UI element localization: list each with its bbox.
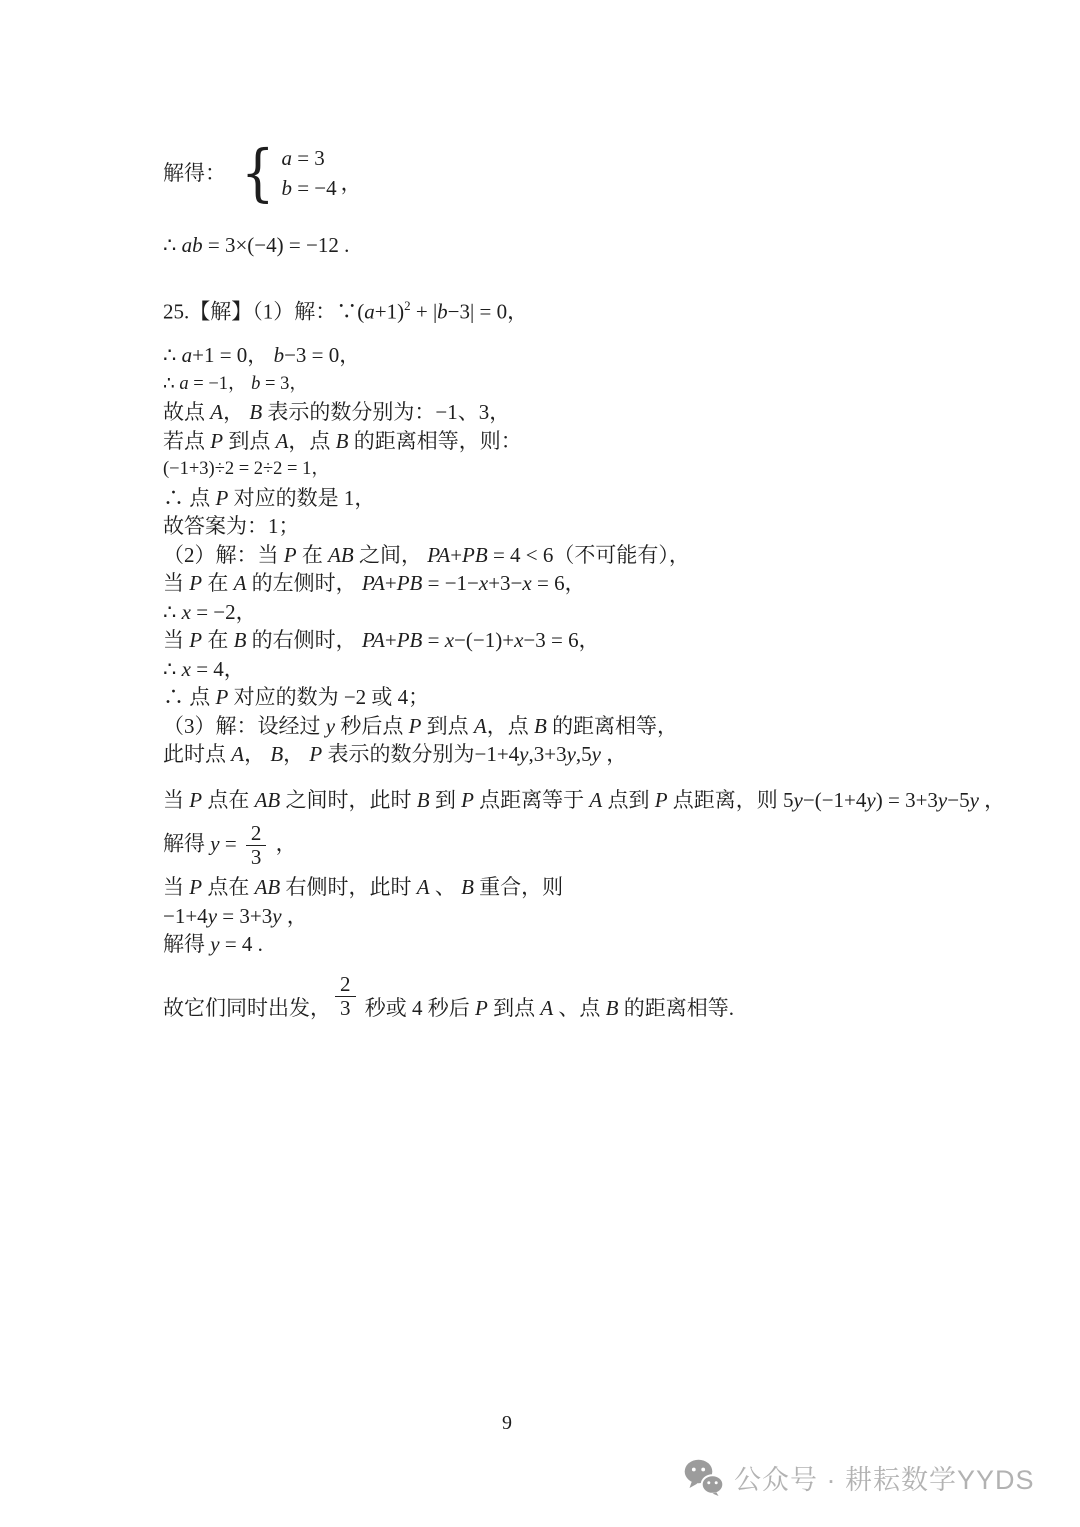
- text-segment: 此时点: [163, 742, 231, 766]
- text-segment: x: [445, 628, 454, 652]
- text-segment: 5: [783, 788, 794, 812]
- text-segment: −2: [344, 685, 372, 709]
- fraction: 23: [246, 822, 267, 869]
- text-segment: AB: [328, 543, 354, 567]
- text-segment: a: [364, 299, 375, 323]
- solution-line: 故点 A， B 表示的数分别为：−1、3，: [163, 398, 1063, 427]
- text-segment: ，: [601, 742, 627, 766]
- text-segment: + |: [411, 299, 438, 323]
- equation-system: 解得：{a = 3b = −4，: [163, 141, 1063, 205]
- text-segment: 右侧时，此时: [280, 875, 417, 899]
- text-segment: ，: [270, 832, 296, 856]
- text-segment: = 3，: [260, 374, 307, 394]
- text-segment: 的右侧时，: [246, 628, 362, 652]
- text-segment: 重合，则: [474, 875, 563, 899]
- text-segment: A: [540, 996, 553, 1020]
- text-segment: ，点: [487, 714, 534, 738]
- text-segment: −3 = 0，: [284, 343, 360, 367]
- text-segment: +3−: [488, 571, 522, 595]
- text-segment: −(−1+4: [803, 788, 867, 812]
- text-segment: P: [210, 429, 223, 453]
- solution-line: 故答案为：1；: [163, 512, 1063, 541]
- text-segment: 解得: [163, 832, 210, 856]
- text-segment: x: [182, 600, 191, 624]
- text-segment: a: [281, 146, 292, 170]
- text-segment: y: [272, 904, 281, 928]
- text-segment: P: [189, 875, 202, 899]
- text-segment: 的距离相等，则：: [348, 429, 521, 453]
- text-segment: P: [189, 571, 202, 595]
- text-segment: 到点: [421, 714, 474, 738]
- text-segment: P: [655, 788, 668, 812]
- solution-line: 若点 P 到点 A，点 B 的距离相等，则：: [163, 427, 1063, 456]
- text-segment: 的距离相等，: [547, 714, 678, 738]
- text-segment: (−1+3)÷2 = 2÷2 = 1，: [163, 459, 330, 479]
- text-segment: y: [794, 788, 803, 812]
- text-segment: +1 = 0，: [192, 343, 273, 367]
- text-segment: = 3: [292, 146, 325, 170]
- text-segment: A: [474, 714, 487, 738]
- text-segment: y: [866, 788, 875, 812]
- text-segment: P: [189, 788, 202, 812]
- text-segment: ，: [244, 742, 270, 766]
- text-segment: 4: [412, 996, 423, 1020]
- text-segment: x: [479, 571, 488, 595]
- text-segment: 4；: [398, 685, 430, 709]
- text-segment: PB: [397, 571, 423, 595]
- text-segment: +: [385, 571, 397, 595]
- solution-line: ∴ 点 P 对应的数是 1，: [163, 484, 1063, 513]
- text-segment: ，: [282, 904, 308, 928]
- text-segment: x: [182, 657, 191, 681]
- text-segment: 故答案为：1；: [163, 514, 300, 538]
- text-segment: A: [276, 429, 289, 453]
- text-segment: 在: [202, 628, 234, 652]
- text-segment: 秒或: [360, 996, 413, 1020]
- text-segment: −3 = 6，: [523, 628, 599, 652]
- solution-line: ∴ a+1 = 0， b−3 = 0，: [163, 341, 1063, 370]
- text-segment: = −1−: [422, 571, 479, 595]
- solution-line: 解得 y = 4 .: [163, 930, 1063, 959]
- text-segment: 、: [430, 875, 462, 899]
- solution-line: （3）解：设经过 y 秒后点 P 到点 A，点 B 的距离相等，: [163, 712, 1063, 741]
- text-segment: = 4，: [191, 657, 245, 681]
- page-number: 9: [0, 1412, 1014, 1435]
- solution-line: ∴ 点 P 对应的数为 −2 或 4；: [163, 683, 1063, 712]
- text-segment: A: [234, 571, 247, 595]
- text-segment: P: [216, 685, 229, 709]
- text-segment: 在: [202, 571, 234, 595]
- text-segment: AB: [255, 875, 281, 899]
- text-segment: ∴: [163, 374, 179, 394]
- text-segment: 秒后: [423, 996, 476, 1020]
- solution-line: 此时点 A， B， P 表示的数分别为−1+4y,3+3y,5y ，: [163, 740, 1063, 769]
- text-segment: ∴: [163, 685, 189, 709]
- text-segment: B: [270, 742, 283, 766]
- text-segment: B: [336, 429, 349, 453]
- text-segment: 的左侧时，: [246, 571, 362, 595]
- text-segment: PA: [362, 628, 385, 652]
- text-segment: P: [461, 788, 474, 812]
- text-segment: B: [417, 788, 430, 812]
- text-segment: =: [422, 628, 444, 652]
- text-segment: 的距离相等.: [618, 996, 734, 1020]
- text-segment: 之间时，此时: [280, 788, 417, 812]
- solution-line: −1+4y = 3+3y ，: [163, 902, 1063, 931]
- text-segment: +1): [375, 299, 404, 323]
- text-segment: a: [179, 374, 188, 394]
- text-segment: −3| = 0，: [448, 299, 528, 323]
- solution-line: 当 P 在 B 的右侧时， PA+PB = x−(−1)+x−3 = 6，: [163, 626, 1063, 655]
- text-segment: ∴: [163, 343, 182, 367]
- text-segment: = 4 .: [220, 932, 263, 956]
- text-segment: −1+4: [474, 742, 519, 766]
- text-segment: 当: [163, 571, 189, 595]
- watermark-text: 公众号 · 耕耘数学YYDS: [734, 1458, 1035, 1497]
- document-page: 解得：{a = 3b = −4，∴ ab = 3×(−4) = −12 .25.…: [0, 0, 1080, 1527]
- solution-line: 故它们同时出发，23 秒或 4 秒后 P 到点 A 、点 B 的距离相等.: [163, 973, 1063, 1023]
- text-segment: 点距离，则: [668, 788, 784, 812]
- text-segment: A: [210, 400, 223, 424]
- text-segment: = 6，: [532, 571, 586, 595]
- watermark-footer: 公众号 · 耕耘数学YYDS: [684, 1458, 1035, 1497]
- text-segment: = −4: [292, 176, 337, 200]
- solution-line: 当 P 点在 AB 之间时，此时 B 到 P 点距离等于 A 点到 P 点距离，…: [163, 786, 1063, 815]
- text-segment: 点: [189, 685, 215, 709]
- text-segment: ∴: [163, 486, 189, 510]
- text-segment: B: [249, 400, 262, 424]
- text-segment: = 3+3: [217, 904, 272, 928]
- text-segment: y: [970, 788, 979, 812]
- text-segment: B: [534, 714, 547, 738]
- text-segment: P: [475, 996, 488, 1020]
- text-segment: −1+4: [163, 904, 208, 928]
- text-segment: 或: [371, 685, 397, 709]
- text-segment: PB: [397, 628, 423, 652]
- text-segment: 1，: [344, 486, 376, 510]
- text-segment: = 3×(−4) = −12 .: [203, 233, 350, 257]
- solution-line: ∴ x = 4，: [163, 655, 1063, 684]
- text-segment: ∴: [163, 600, 182, 624]
- solution-line: 解得 y = 23 ，: [163, 822, 1063, 869]
- text-segment: 解得: [163, 932, 210, 956]
- solution-line: 当 P 在 A 的左侧时， PA+PB = −1−x+3−x = 6，: [163, 569, 1063, 598]
- solution-line: 当 P 点在 AB 右侧时，此时 A 、 B 重合，则: [163, 873, 1063, 902]
- text-segment: B: [234, 628, 247, 652]
- text-segment: 点: [189, 486, 215, 510]
- text-segment: ，点: [288, 429, 335, 453]
- text-segment: 表示的数分别为：: [262, 400, 435, 424]
- text-segment: ,5: [576, 742, 592, 766]
- text-segment: 若点: [163, 429, 210, 453]
- text-segment: ,3+3: [529, 742, 567, 766]
- text-segment: y: [210, 832, 219, 856]
- text-segment: 解得：: [163, 159, 226, 188]
- text-segment: ，: [223, 400, 249, 424]
- left-brace: {: [241, 142, 275, 204]
- text-segment: AB: [255, 788, 281, 812]
- text-segment: P: [216, 486, 229, 510]
- solution-line: ∴ ab = 3×(−4) = −12 .: [163, 231, 1063, 260]
- solution-line: ∴ a = −1， b = 3，: [163, 370, 1063, 399]
- text-segment: B: [606, 996, 619, 1020]
- text-segment: 到点: [488, 996, 541, 1020]
- text-segment: x: [514, 628, 523, 652]
- text-segment: 故点: [163, 400, 210, 424]
- text-segment: ∴: [163, 657, 182, 681]
- text-segment: A: [231, 742, 244, 766]
- text-segment: 点在: [202, 875, 255, 899]
- solution-line: （2）解：当 P 在 AB 之间， PA+PB = 4 < 6（不可能有），: [163, 541, 1063, 570]
- text-segment: = 4 < 6: [488, 543, 554, 567]
- text-segment: b: [437, 299, 448, 323]
- text-segment: b: [281, 176, 292, 200]
- system-row: a = 3: [281, 143, 336, 173]
- text-segment: PB: [462, 543, 488, 567]
- text-segment: PA: [427, 543, 450, 567]
- text-segment: （3）解：设经过: [163, 714, 326, 738]
- text-segment: y: [592, 742, 601, 766]
- text-segment: 在: [297, 543, 329, 567]
- text-segment: A: [589, 788, 602, 812]
- text-segment: 秒后点: [335, 714, 409, 738]
- text-segment: y: [326, 714, 335, 738]
- text-segment: ) = 3+3: [876, 788, 938, 812]
- wechat-icon: [684, 1459, 724, 1496]
- text-segment: ，: [283, 742, 309, 766]
- text-segment: 点距离等于: [474, 788, 590, 812]
- text-segment: b: [274, 343, 285, 367]
- text-segment: 之间，: [354, 543, 428, 567]
- text-segment: a: [182, 343, 193, 367]
- text-segment: （不可能有），: [553, 543, 690, 567]
- text-segment: = −1，: [189, 374, 252, 394]
- text-segment: 25.【解】（1）解：∵: [163, 299, 357, 323]
- text-segment: PA: [362, 571, 385, 595]
- text-segment: 对应的数是: [228, 486, 344, 510]
- text-segment: −1、3，: [435, 400, 510, 424]
- fraction: 23: [335, 973, 356, 1020]
- text-segment: 到点: [223, 429, 276, 453]
- text-segment: （2）解：当: [163, 543, 284, 567]
- text-segment: P: [309, 742, 322, 766]
- text-segment: 表示的数分别为: [322, 742, 474, 766]
- text-segment: A: [417, 875, 430, 899]
- system-rows: a = 3b = −4: [281, 143, 336, 203]
- text-segment: P: [409, 714, 422, 738]
- text-segment: 点到: [602, 788, 655, 812]
- text-segment: x: [522, 571, 531, 595]
- solution-line: (−1+3)÷2 = 2÷2 = 1，: [163, 455, 1063, 484]
- text-segment: ∴: [163, 233, 182, 257]
- text-segment: +: [450, 543, 462, 567]
- text-segment: −5: [947, 788, 969, 812]
- solution-line: 25.【解】（1）解：∵(a+1)2 + |b−3| = 0，: [163, 292, 1063, 326]
- text-segment: ab: [182, 233, 203, 257]
- solution-line: ∴ x = −2，: [163, 598, 1063, 627]
- solution-body: 解得：{a = 3b = −4，∴ ab = 3×(−4) = −12 .25.…: [163, 141, 1063, 1022]
- text-segment: y: [938, 788, 947, 812]
- text-segment: P: [189, 628, 202, 652]
- system-row: b = −4: [281, 173, 336, 203]
- text-segment: 当: [163, 875, 189, 899]
- text-segment: 点在: [202, 788, 255, 812]
- text-segment: B: [461, 875, 474, 899]
- text-segment: y: [210, 932, 219, 956]
- text-segment: 当: [163, 628, 189, 652]
- text-segment: 、点: [553, 996, 606, 1020]
- text-segment: 当: [163, 788, 189, 812]
- text-segment: 故它们同时出发，: [163, 996, 331, 1020]
- text-segment: y: [208, 904, 217, 928]
- text-segment: y: [519, 742, 528, 766]
- trailing-comma: ，: [341, 169, 362, 198]
- text-segment: = −2，: [191, 600, 257, 624]
- text-segment: −(−1)+: [454, 628, 514, 652]
- text-segment: =: [220, 832, 242, 856]
- text-segment: +: [385, 628, 397, 652]
- text-segment: ，: [979, 788, 1005, 812]
- text-segment: 到: [430, 788, 462, 812]
- text-segment: y: [567, 742, 576, 766]
- text-segment: 对应的数为: [228, 685, 344, 709]
- text-segment: P: [284, 543, 297, 567]
